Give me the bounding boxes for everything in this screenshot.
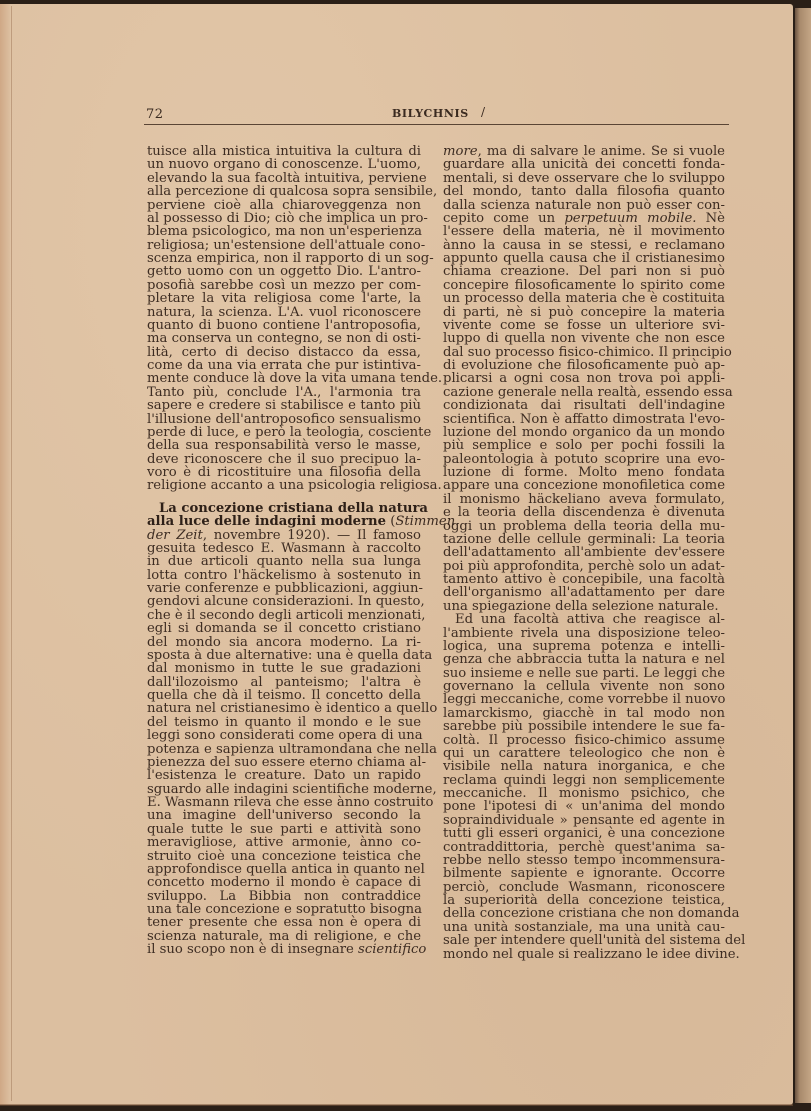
text-line: di parti, nè si può concepire la materia (443, 306, 725, 319)
header-pencil-mark: / (481, 105, 485, 119)
text-line: sale per intendere quell'unità del siste… (443, 934, 725, 947)
text-line: ànno la causa in se stessi, e reclamano (443, 239, 725, 252)
text-line: concepire filosoficamente lo spirito com… (443, 279, 725, 292)
text-line: del mondo, tanto dalla filosofia quanto (443, 185, 725, 198)
text-line: dalla scienza naturale non può esser con… (443, 199, 725, 212)
text-line: della sua responsabilità verso le masse, (147, 439, 421, 452)
text-line: luzione di forme. Molto meno fondata (443, 466, 725, 479)
text-line: che è il secondo degli articoli menziona… (147, 609, 421, 622)
text-line: un processo della materia che è costitui… (443, 292, 725, 305)
text-line: logica, una suprema potenza e intelli- (443, 640, 725, 653)
text-line: concetto moderno il mondo è capace di (147, 876, 421, 889)
text-line: deve riconoscere che il suo precipuo la- (147, 453, 421, 466)
text-line: luzione del mondo organico da un mondo (443, 426, 725, 439)
text-line: quella che dà il teismo. Il concetto del… (147, 689, 421, 702)
text-line: dal suo processo fisico-chimico. Il prin… (443, 346, 725, 359)
text-line: der Zeit, novembre 1920). — Il famoso (147, 529, 421, 542)
text-line: rebbe nello stesso tempo incommensura- (443, 854, 725, 867)
text-line: tuisce alla mistica intuitiva la cultura… (147, 145, 421, 158)
text-line: genza che abbraccia tutta la natura e ne… (443, 653, 725, 666)
header-rule (144, 124, 729, 125)
text-line: condizionata dai risultati dell'indagine (443, 399, 725, 412)
text-line: E. Wasmann rileva che esse ànno costruit… (147, 796, 421, 809)
text-line: del teismo in quanto il mondo e le sue (147, 716, 421, 729)
text-line: l'essere della materia, nè il movimento (443, 225, 725, 238)
text-line: l'ambiente rivela una disposizione teleo… (443, 627, 725, 640)
text-line: poi più approfondita, perchè solo un ada… (443, 560, 725, 573)
text-line: tazione delle cellule germinali: La teor… (443, 533, 725, 546)
text-line: il suo scopo non è di insegnare scientif… (147, 943, 421, 956)
text-line: sarebbe più possibile intendere le sue f… (443, 720, 725, 733)
text-line: in due articoli quanto nella sua lunga (147, 555, 421, 568)
text-line: guardare alla unicità dei concetti fonda… (443, 158, 725, 171)
section-title-line: La concezione cristiana della natura (147, 502, 421, 515)
text-line: al possesso di Dio; ciò che implica un p… (147, 212, 421, 225)
text-line: oggi un problema della teoria della mu- (443, 520, 725, 533)
text-line: perde di luce, e però la teologia, cosci… (147, 426, 421, 439)
text-line: della concezione cristiana che non doman… (443, 907, 725, 920)
left-column: tuisce alla mistica intuitiva la cultura… (147, 145, 421, 957)
text-line: reclama quindi leggi non semplicemente (443, 774, 725, 787)
text-line: quanto di buono contiene l'antroposofia, (147, 319, 421, 332)
text-line: una tale concezione e sopratutto bisogna (147, 903, 421, 916)
text-line: un nuovo organo di conoscenze. L'uomo, (147, 158, 421, 171)
text-line: una spiegazione della selezione naturale… (443, 600, 725, 613)
text-line: natura, la scienza. L'A. vuol riconoscer… (147, 306, 421, 319)
text-line: sviluppo. La Bibbia non contraddice (147, 890, 421, 903)
text-line: leggi sono considerati come opera di una (147, 729, 421, 742)
page-number: 72 (146, 107, 164, 122)
italic-word: scientifico (358, 942, 426, 957)
text-line: mentali, si deve osservare che lo svilup… (443, 172, 725, 185)
text-line: scienza naturale, ma di religione, e che (147, 930, 421, 943)
text-line: alla percezione di qualcosa sopra sensib… (147, 185, 421, 198)
text-line: more, ma di salvare le anime. Se si vuol… (443, 145, 725, 158)
text-line: visibile nella natura inorganica, e che (443, 760, 725, 773)
text-line: pone l'ipotesi di « un'anima del mondo (443, 800, 725, 813)
text-line: alla luce delle indagini moderne (Stimme… (147, 515, 421, 528)
text-line: meravigliose, attive armonie, ànno co- (147, 836, 421, 849)
text-line: più semplice e solo per pochi fossili la (443, 439, 725, 452)
text-line: dall'ilozoismo al panteismo; l'altra è (147, 676, 421, 689)
text-line: sapere e credere si stabilisce e tanto p… (147, 399, 421, 412)
text-line: la superiorità della concezione teistica… (443, 894, 725, 907)
paragraph-antroposofia: tuisce alla mistica intuitiva la cultura… (147, 145, 421, 493)
text-line: getto uomo con un oggetto Dio. L'antro- (147, 265, 421, 278)
text-line: approfondisce quella antica in quanto ne… (147, 863, 421, 876)
text-line: perciò, conclude Wasmann, riconoscere (443, 881, 725, 894)
text-line: luppo di quella non vivente che non esce (443, 332, 725, 345)
text-line: cepito come un perpetuum mobile. Nè (443, 212, 725, 225)
text-line: pletare la vita religiosa come l'arte, l… (147, 292, 421, 305)
text-span: il suo scopo non è di insegnare (147, 942, 358, 957)
text-line: lotta contro l'häckelismo à sostenuto in (147, 569, 421, 582)
text-line: natura nel cristianesimo è identico a qu… (147, 702, 421, 715)
text-line: struito cioè una concezione teistica che (147, 850, 421, 863)
paragraph-continuation: more, ma di salvare le anime. Se si vuol… (443, 145, 725, 613)
text-line: meccaniche. Il monismo psichico, che (443, 787, 725, 800)
text-line: contraddittoria, perchè quest'anima sa- (443, 841, 725, 854)
text-line: plicarsi a ogni cosa non trova poi appli… (443, 372, 725, 385)
page-fold-line (11, 6, 12, 1101)
text-line: ma conserva un contegno, se non di osti- (147, 332, 421, 345)
paragraph-facolta-attiva: Ed una facoltà attiva che reagisce al-l'… (443, 613, 725, 961)
text-line: potenza e sapienza ultramondana che nell… (147, 743, 421, 756)
text-line: elevando la sua facoltà intuitiva, pervi… (147, 172, 421, 185)
text-line: tener presente che essa non è opera di (147, 916, 421, 929)
adjacent-page-edge (795, 8, 811, 1103)
running-head: BILYCHNIS (392, 107, 469, 120)
text-line: cazione generale nella realtà, essendo e… (443, 386, 725, 399)
text-line: religione accanto a una psicologia relig… (147, 479, 421, 492)
page-left-edge (0, 4, 10, 1105)
text-line: varie conferenze e pubblicazioni, aggiun… (147, 582, 421, 595)
text-line: di evoluzione che filosoficamente può ap… (443, 359, 725, 372)
text-line: mente conduce là dove la vita umana tend… (147, 372, 421, 385)
text-line: lità, certo di deciso distacco da essa, (147, 346, 421, 359)
text-line: dell'organismo all'adattamento per dare (443, 586, 725, 599)
text-line: paleontologia à potuto scoprire una evo- (443, 453, 725, 466)
text-line: gesuita tedesco E. Wasmann à raccolto (147, 542, 421, 555)
text-line: leggi meccaniche, come vorrebbe il nuovo (443, 693, 725, 706)
page-bottom-edge (0, 1104, 793, 1106)
text-line: posofià sarebbe così un mezzo per com- (147, 279, 421, 292)
text-line: religiosa; un'estensione dell'attuale co… (147, 239, 421, 252)
text-line: sopraindividuale » pensante ed agente in (443, 814, 725, 827)
text-line: governano la cellula vivente non sono (443, 680, 725, 693)
text-line: come da una via errata che pur istintiva… (147, 359, 421, 372)
text-line: del mondo sia ancora moderno. La ri- (147, 636, 421, 649)
text-line: sposta à due alternative: una è quella d… (147, 649, 421, 662)
text-line: Tanto più, conclude l'A., l'armonia tra (147, 386, 421, 399)
text-line: scenza empirica, non il rapporto di un s… (147, 252, 421, 265)
text-line: l'esistenza le creature. Dato un rapido (147, 769, 421, 782)
text-line: coltà. Il processo fisico-chimico assume (443, 734, 725, 747)
page-header: 72 BILYCHNIS / (144, 105, 729, 127)
text-line: mondo nel quale si realizzano le idee di… (443, 948, 725, 961)
text-line: chiama creazione. Del pari non si può (443, 265, 725, 278)
text-line: pienezza del suo essere eterno chiama al… (147, 756, 421, 769)
paragraph-wasmann: La concezione cristiana della natura all… (147, 502, 421, 957)
text-line: una unità sostanziale, ma una unità cau- (443, 921, 725, 934)
text-line: dell'adattamento all'ambiente dev'essere (443, 546, 725, 559)
text-line: sguardo alle indagini scientifiche moder… (147, 783, 421, 796)
text-line: appunto quella causa che il cristianesim… (443, 252, 725, 265)
text-line: il monismo häckeliano aveva formulato, (443, 493, 725, 506)
text-line: vivente come se fosse un ulteriore svi- (443, 319, 725, 332)
text-line: appare una concezione monofiletica come (443, 479, 725, 492)
text-line: perviene cioè alla chiaroveggenza non (147, 199, 421, 212)
text-line: blema psicologico, ma non un'esperienza (147, 225, 421, 238)
text-line: egli si domanda se il concetto cristiano (147, 622, 421, 635)
text-line: quale tutte le sue parti e attività sono (147, 823, 421, 836)
text-line: qui un carattere teleologico che non è (443, 747, 725, 760)
text-line: bilmente sapiente e ignorante. Occorre (443, 867, 725, 880)
text-line: tamento attivo è concepibile, una facolt… (443, 573, 725, 586)
text-line: tutti gli esseri organici, è una concezi… (443, 827, 725, 840)
text-line: dal monismo in tutte le sue gradazioni (147, 662, 421, 675)
text-line: lamarckismo, giacchè in tal modo non (443, 707, 725, 720)
text-line: e la teoria della discendenza è divenuta (443, 506, 725, 519)
text-line: suo insieme e nelle sue parti. Le leggi … (443, 667, 725, 680)
text-line: voro è di ricostituire una filosofia del… (147, 466, 421, 479)
text-line: una imagine dell'universo secondo la (147, 809, 421, 822)
text-line: scientifica. Non è affatto dimostrata l'… (443, 413, 725, 426)
right-column: more, ma di salvare le anime. Se si vuol… (443, 145, 725, 961)
text-line: l'illusione dell'antroposofico sensualis… (147, 413, 421, 426)
text-line: gendovi alcune considerazioni. In questo… (147, 595, 421, 608)
text-line: Ed una facoltà attiva che reagisce al- (443, 613, 725, 626)
